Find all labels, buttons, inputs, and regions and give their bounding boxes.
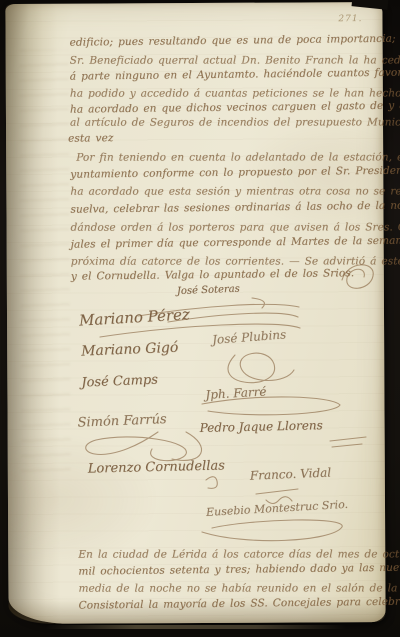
signature-name: Pedro Jaque Llorens [199, 418, 322, 435]
scanned-manuscript: 271. edificio; pues resultando que es un… [0, 0, 400, 637]
folio-number: 271. [338, 14, 362, 24]
manuscript-line: al artículo de Seguros de incendios del … [70, 116, 400, 129]
manuscript-line: esta vez [68, 132, 114, 145]
deckled-bottom-edge [46, 625, 346, 629]
manuscript-line: Sr. Beneficiado querral actual Dn. Benit… [70, 54, 400, 67]
signature-name: Lorenzo Cornudellas [88, 458, 225, 476]
manuscript-page: 271. edificio; pues resultando que es un… [5, 2, 385, 624]
signature-name: José Camps [81, 373, 158, 391]
manuscript-line: En la ciudad de Lérida á los catorce día… [78, 548, 400, 561]
manuscript-line: dándose orden á los porteros para que av… [71, 221, 400, 234]
manuscript-line: ha acordado que esta sesión y mientras o… [70, 185, 400, 198]
manuscript-line: media de la noche no se había reunido en… [78, 582, 400, 595]
manuscript-line: ha podido y accedido á cuantas peticione… [70, 87, 400, 100]
manuscript-line: Por fin teniendo en cuenta lo adelantado… [76, 151, 400, 164]
verso-ink-showthrough [19, 50, 71, 480]
